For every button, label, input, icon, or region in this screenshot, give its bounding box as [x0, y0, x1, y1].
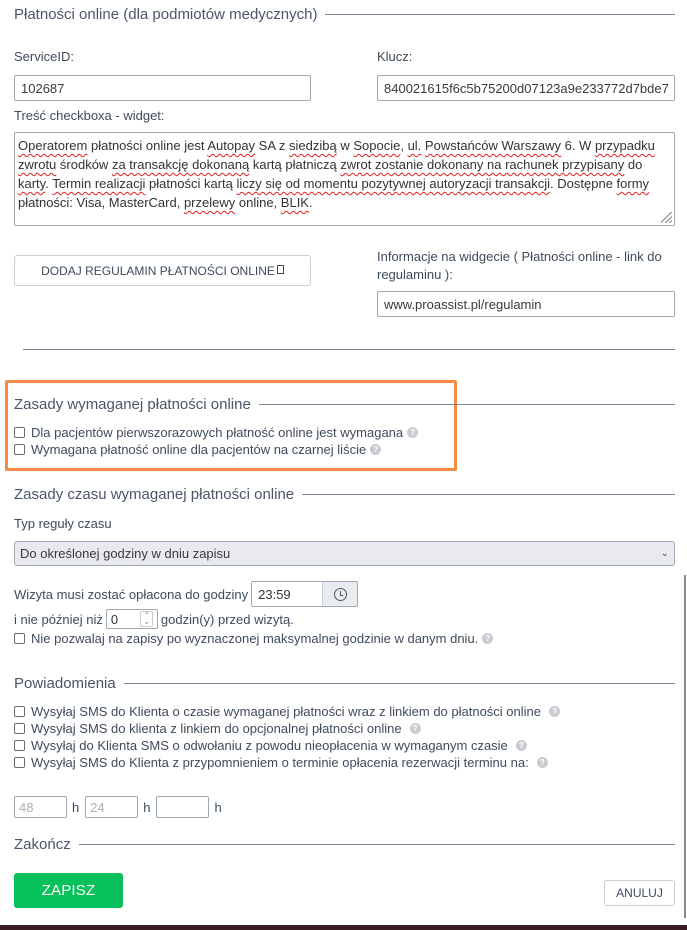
reminder-hours-row: 48 h 24 h h — [14, 796, 222, 818]
add-payment-terms-button[interactable]: DODAJ REGULAMIN PŁATNOŚCI ONLINE — [14, 255, 311, 286]
widget-text-label: Treść checkboxa - widget: — [14, 108, 165, 123]
notification-label: Wysyłaj SMS do Klienta z przypomnieniem … — [31, 755, 529, 770]
pay-until-row: Wizyta musi zostać opłacona do godziny 2… — [14, 581, 358, 607]
clock-button[interactable] — [322, 582, 357, 606]
blacklist-patients-label: Wymagana płatność online dla pacjentów n… — [31, 442, 366, 457]
time-rules-legend: Zasady czasu wymaganej płatności online — [14, 486, 675, 503]
notification-label: Wysyłaj SMS do Klienta o czasie wymagane… — [31, 704, 541, 719]
hours-before-stepper[interactable]: 0 ⌃⌄ — [106, 609, 158, 629]
help-icon[interactable]: ? — [537, 757, 548, 768]
notification-option[interactable]: Wysyłaj SMS do Klienta z przypomnieniem … — [14, 754, 560, 771]
widget-info-input[interactable]: www.proassist.pl/regulamin — [377, 291, 675, 317]
block-after-label: Nie pozwalaj na zapisy po wyznaczonej ma… — [31, 631, 478, 646]
notification-label: Wysyłaj do Klienta SMS o odwołaniu z pow… — [31, 738, 508, 753]
legend-divider — [325, 14, 675, 15]
service-id-input[interactable]: 102687 — [14, 75, 311, 101]
help-icon[interactable]: ? — [370, 444, 381, 455]
pay-until-label: Wizyta musi zostać opłacona do godziny — [14, 587, 248, 602]
cancel-button[interactable]: ANULUJ — [604, 880, 675, 906]
required-payment-legend: Zasady wymaganej płatności online — [14, 396, 675, 413]
legend-divider — [79, 844, 675, 845]
online-payments-title: Płatności online (dla podmiotów medyczny… — [14, 6, 317, 23]
pay-until-time-input[interactable]: 23:59 — [252, 582, 322, 606]
key-label: Klucz: — [377, 49, 412, 64]
notification-checkbox[interactable] — [14, 757, 25, 768]
key-input[interactable]: 840021615f6c5b75200d07123a9e233772d7bde7 — [377, 75, 675, 101]
notification-checkbox[interactable] — [14, 740, 25, 751]
hour-unit-label: h — [214, 800, 221, 815]
widget-info-label: Informacje na widgecie ( Płatności onlin… — [377, 248, 675, 284]
finish-title: Zakończ — [14, 836, 71, 853]
file-icon — [277, 265, 284, 274]
resize-handle-icon[interactable] — [661, 212, 672, 223]
time-rules-title: Zasady czasu wymaganej płatności online — [14, 486, 294, 503]
legend-divider — [259, 404, 675, 405]
required-payment-options: Dla pacjentów pierwszorazowych płatność … — [14, 424, 418, 458]
notification-label: Wysyłaj SMS do klienta z linkiem do opcj… — [31, 721, 402, 736]
chevron-down-icon: ⌄ — [661, 548, 669, 559]
section-divider — [23, 349, 675, 350]
help-icon[interactable]: ? — [516, 740, 527, 751]
block-after-checkbox[interactable] — [14, 633, 25, 644]
stepper-arrows-icon[interactable]: ⌃⌄ — [140, 611, 153, 627]
notification-option[interactable]: Wysyłaj SMS do Klienta o czasie wymagane… — [14, 703, 560, 720]
help-icon[interactable]: ? — [410, 723, 421, 734]
not-later-suffix: godzin(y) przed wizytą. — [161, 612, 294, 627]
help-icon[interactable]: ? — [549, 706, 560, 717]
bottom-bar — [0, 925, 687, 930]
online-payments-legend: Płatności online (dla podmiotów medyczny… — [14, 6, 675, 23]
save-button[interactable]: ZAPISZ — [14, 873, 123, 908]
finish-legend: Zakończ — [14, 836, 675, 853]
blacklist-patients-option[interactable]: Wymagana płatność online dla pacjentów n… — [14, 441, 418, 458]
first-time-patients-checkbox[interactable] — [14, 427, 25, 438]
rule-type-selected: Do określonej godziny w dniu zapisu — [20, 546, 230, 561]
reminder-hours-input-2[interactable]: 24 — [85, 796, 138, 818]
blacklist-patients-checkbox[interactable] — [14, 444, 25, 455]
hour-unit-label: h — [72, 800, 79, 815]
notification-checkbox[interactable] — [14, 706, 25, 717]
scrollbar[interactable] — [684, 575, 686, 918]
notification-options: Wysyłaj SMS do Klienta o czasie wymagane… — [14, 703, 560, 771]
pay-until-time-picker[interactable]: 23:59 — [251, 581, 358, 607]
clock-icon — [334, 588, 347, 601]
notification-option[interactable]: Wysyłaj SMS do klienta z linkiem do opcj… — [14, 720, 560, 737]
reminder-hours-input-1[interactable]: 48 — [14, 796, 67, 818]
help-icon[interactable]: ? — [407, 427, 418, 438]
notification-checkbox[interactable] — [14, 723, 25, 734]
not-later-row: i nie później niż 0 ⌃⌄ godzin(y) przed w… — [14, 609, 294, 629]
widget-text-content: Operatorem płatności online jest Autopay… — [18, 136, 671, 212]
block-after-option[interactable]: Nie pozwalaj na zapisy po wyznaczonej ma… — [14, 630, 493, 647]
help-icon[interactable]: ? — [482, 633, 493, 644]
rule-type-label: Typ reguły czasu — [14, 516, 112, 531]
legend-divider — [302, 494, 675, 495]
required-payment-title: Zasady wymaganej płatności online — [14, 396, 251, 413]
rule-type-select[interactable]: Do określonej godziny w dniu zapisu ⌄ — [14, 541, 675, 566]
not-later-prefix: i nie później niż — [14, 612, 103, 627]
service-id-label: ServiceID: — [14, 49, 74, 64]
first-time-patients-label: Dla pacjentów pierwszorazowych płatność … — [31, 425, 403, 440]
legend-divider — [124, 683, 675, 684]
widget-text-textarea[interactable]: Operatorem płatności online jest Autopay… — [14, 132, 675, 226]
notifications-legend: Powiadomienia — [14, 675, 675, 692]
hour-unit-label: h — [143, 800, 150, 815]
notification-option[interactable]: Wysyłaj do Klienta SMS o odwołaniu z pow… — [14, 737, 560, 754]
reminder-hours-input-3[interactable] — [156, 796, 209, 818]
notifications-title: Powiadomienia — [14, 675, 116, 692]
hours-before-value: 0 — [111, 612, 118, 627]
add-payment-terms-label: DODAJ REGULAMIN PŁATNOŚCI ONLINE — [41, 264, 275, 278]
first-time-patients-option[interactable]: Dla pacjentów pierwszorazowych płatność … — [14, 424, 418, 441]
